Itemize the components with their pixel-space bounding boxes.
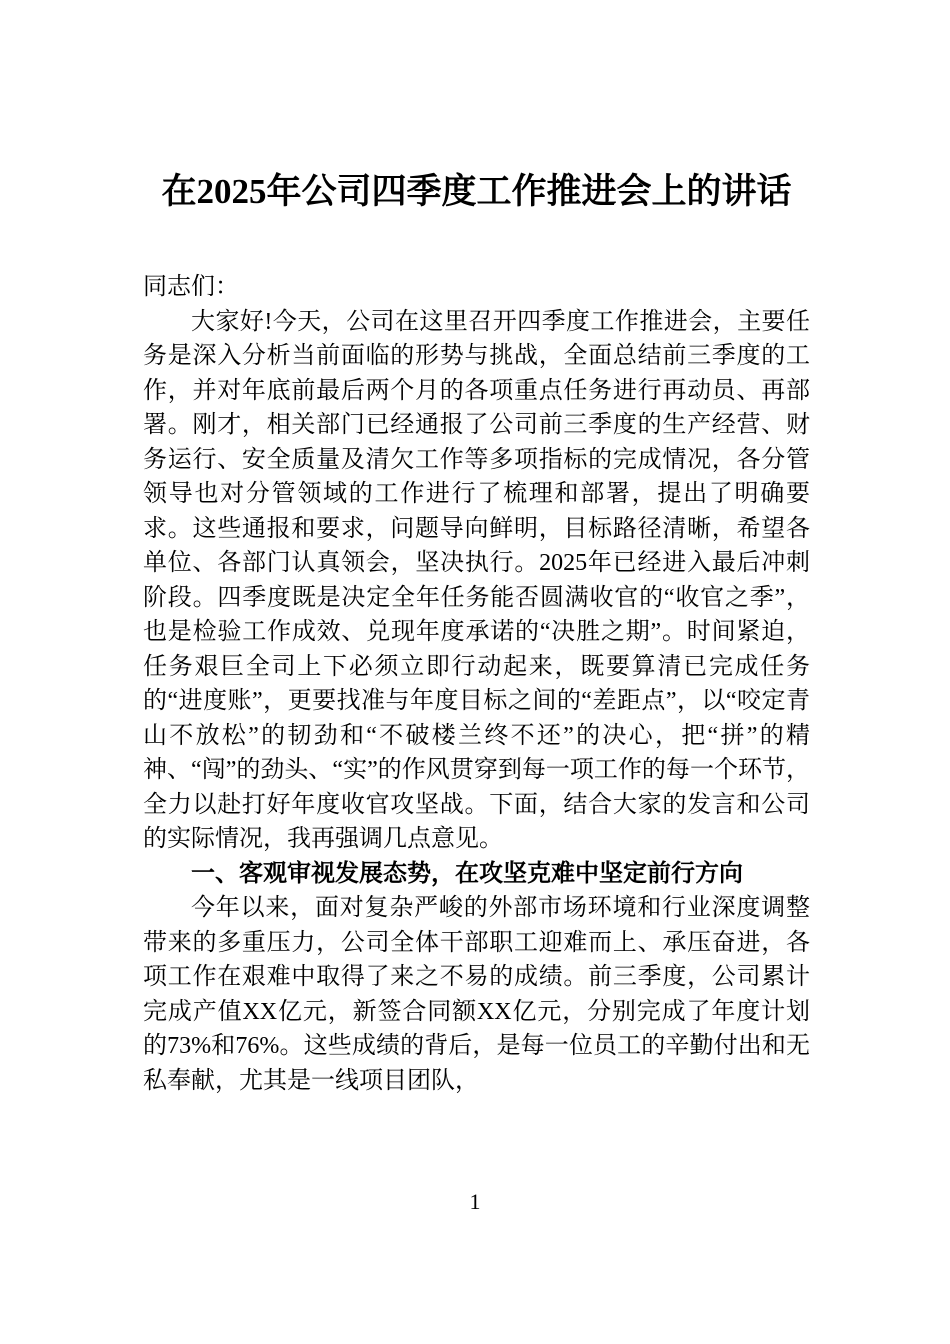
page-number: 1 <box>0 1188 950 1216</box>
document-body: 在2025年公司四季度工作推进会上的讲话 同志们： 大家好!今天，公司在这里召开… <box>143 0 810 1098</box>
document-title: 在2025年公司四季度工作推进会上的讲话 <box>143 0 810 214</box>
section-1-paragraph: 今年以来，面对复杂严峻的外部市场环境和行业深度调整带来的多重压力，公司全体干部职… <box>143 891 810 1098</box>
salutation: 同志们： <box>143 270 810 305</box>
section-1-heading: 一、客观审视发展态势，在攻坚克难中坚定前行方向 <box>143 857 810 892</box>
paragraph-opening: 大家好!今天，公司在这里召开四季度工作推进会，主要任务是深入分析当前面临的形势与… <box>143 305 810 857</box>
document-page: { "document": { "title": "在2025年公司四季度工作推… <box>0 0 950 1344</box>
